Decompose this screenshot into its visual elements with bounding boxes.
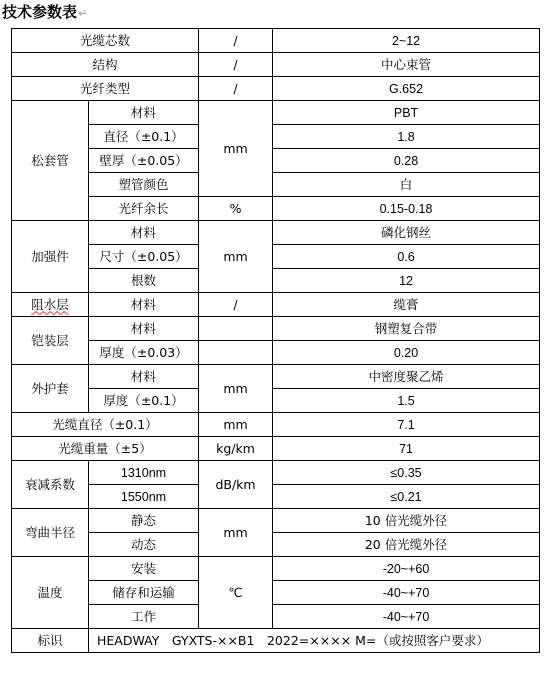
value-cell: 0.28 <box>273 149 540 173</box>
value-cell: 10 倍光缆外径 <box>273 509 540 533</box>
value-cell: 1.8 <box>273 125 540 149</box>
table-row: 铠装层 材料 钢塑复合带 <box>12 317 540 341</box>
table-row: 壁厚（±0.05） 0.28 <box>12 149 540 173</box>
table-row: 根数 12 <box>12 269 540 293</box>
table-row: 光缆芯数 / 2~12 <box>12 29 540 53</box>
label-cell: 光纤余长 <box>89 197 199 221</box>
group-cell: 铠装层 <box>12 317 89 365</box>
table-row: 标识 HEADWAY GYXTS-××B1 2022=×××× M=（或按照客户… <box>12 629 540 653</box>
unit-cell <box>199 317 273 341</box>
label-cell: 材料 <box>89 365 199 389</box>
label-cell: 安装 <box>89 557 199 581</box>
spec-table: 光缆芯数 / 2~12 结构 / 中心束管 光纤类型 / G.652 松套管 材… <box>11 28 540 653</box>
label-cell: 壁厚（±0.05） <box>89 149 199 173</box>
label-cell: 结构 <box>12 53 199 77</box>
table-row: 1550nm ≤0.21 <box>12 485 540 509</box>
value-cell: -20~+60 <box>273 557 540 581</box>
label-cell: 根数 <box>89 269 199 293</box>
label-cell: 光缆芯数 <box>12 29 199 53</box>
group-cell: 衰减系数 <box>12 461 89 509</box>
table-row: 光缆直径（±0.1） mm 7.1 <box>12 413 540 437</box>
value-cell: 7.1 <box>273 413 540 437</box>
unit-cell: mm <box>199 509 273 557</box>
label-cell: 材料 <box>89 101 199 125</box>
unit-cell: / <box>199 77 273 101</box>
table-row: 直径（±0.1） 1.8 <box>12 125 540 149</box>
table-row: 衰减系数 1310nm dB/km ≤0.35 <box>12 461 540 485</box>
unit-cell: mm <box>199 221 273 293</box>
group-cell: 温度 <box>12 557 89 629</box>
label-cell: 塑管颜色 <box>89 173 199 197</box>
table-row: 温度 安装 ℃ -20~+60 <box>12 557 540 581</box>
table-row: 光纤类型 / G.652 <box>12 77 540 101</box>
unit-cell: / <box>199 29 273 53</box>
label-cell: 1550nm <box>89 485 199 509</box>
value-cell: 中心束管 <box>273 53 540 77</box>
value-cell: 12 <box>273 269 540 293</box>
table-row: 厚度（±0.03） 0.20 <box>12 341 540 365</box>
title-text: 技术参数表 <box>2 3 77 21</box>
value-cell: 缆膏 <box>273 293 540 317</box>
label-cell: 工作 <box>89 605 199 629</box>
table-row: 结构 / 中心束管 <box>12 53 540 77</box>
label-cell: 1310nm <box>89 461 199 485</box>
group-cell: 加强件 <box>12 221 89 293</box>
label-cell: 静态 <box>89 509 199 533</box>
unit-cell: mm <box>199 365 273 413</box>
marking-value: HEADWAY GYXTS-××B1 2022=×××× M=（或按照客户要求） <box>89 629 540 653</box>
label-cell: 厚度（±0.1） <box>89 389 199 413</box>
table-row: 光缆重量（±5） kg/km 71 <box>12 437 540 461</box>
value-cell: 白 <box>273 173 540 197</box>
unit-cell <box>199 341 273 365</box>
value-cell: 1.5 <box>273 389 540 413</box>
value-cell: ≤0.35 <box>273 461 540 485</box>
value-cell: 0.20 <box>273 341 540 365</box>
value-cell: 0.15-0.18 <box>273 197 540 221</box>
label-cell: 直径（±0.1） <box>89 125 199 149</box>
value-cell: 2~12 <box>273 29 540 53</box>
table-row: 松套管 材料 mm PBT <box>12 101 540 125</box>
unit-cell: % <box>199 197 273 221</box>
label-cell: 材料 <box>89 293 199 317</box>
group-cell: 弯曲半径 <box>12 509 89 557</box>
group-label: 阻水层 <box>31 297 69 312</box>
label-cell: 材料 <box>89 221 199 245</box>
value-cell: 中密度聚乙烯 <box>273 365 540 389</box>
value-cell: 钢塑复合带 <box>273 317 540 341</box>
group-cell: 松套管 <box>12 101 89 221</box>
table-row: 动态 20 倍光缆外径 <box>12 533 540 557</box>
unit-cell: / <box>199 293 273 317</box>
value-cell: ≤0.21 <box>273 485 540 509</box>
unit-cell: mm <box>199 413 273 437</box>
label-cell: 材料 <box>89 317 199 341</box>
unit-cell: ℃ <box>199 557 273 629</box>
value-cell: -40~+70 <box>273 581 540 605</box>
label-cell: 尺寸（±0.05） <box>89 245 199 269</box>
label-cell: 光缆直径（±0.1） <box>12 413 199 437</box>
table-row: 加强件 材料 mm 磷化钢丝 <box>12 221 540 245</box>
label-cell: 储存和运输 <box>89 581 199 605</box>
paragraph-mark-icon: ↵ <box>78 7 87 20</box>
table-row: 厚度（±0.1） 1.5 <box>12 389 540 413</box>
value-cell: 71 <box>273 437 540 461</box>
label-cell: 动态 <box>89 533 199 557</box>
document-title: 技术参数表↵ <box>2 1 87 22</box>
unit-cell: mm <box>199 101 273 197</box>
table-row: 阻水层 材料 / 缆膏 <box>12 293 540 317</box>
table-row: 工作 -40~+70 <box>12 605 540 629</box>
group-cell: 外护套 <box>12 365 89 413</box>
group-cell: 标识 <box>12 629 89 653</box>
value-cell: G.652 <box>273 77 540 101</box>
table-row: 尺寸（±0.05） 0.6 <box>12 245 540 269</box>
table-row: 光纤余长 % 0.15-0.18 <box>12 197 540 221</box>
table-row: 外护套 材料 mm 中密度聚乙烯 <box>12 365 540 389</box>
value-cell: PBT <box>273 101 540 125</box>
table-row: 储存和运输 -40~+70 <box>12 581 540 605</box>
unit-cell: kg/km <box>199 437 273 461</box>
label-cell: 光缆重量（±5） <box>12 437 199 461</box>
value-cell: 0.6 <box>273 245 540 269</box>
group-cell: 阻水层 <box>12 293 89 317</box>
table-row: 塑管颜色 白 <box>12 173 540 197</box>
table-row: 弯曲半径 静态 mm 10 倍光缆外径 <box>12 509 540 533</box>
value-cell: 20 倍光缆外径 <box>273 533 540 557</box>
label-cell: 厚度（±0.03） <box>89 341 199 365</box>
label-cell: 光纤类型 <box>12 77 199 101</box>
unit-cell: dB/km <box>199 461 273 509</box>
value-cell: 磷化钢丝 <box>273 221 540 245</box>
value-cell: -40~+70 <box>273 605 540 629</box>
unit-cell: / <box>199 53 273 77</box>
